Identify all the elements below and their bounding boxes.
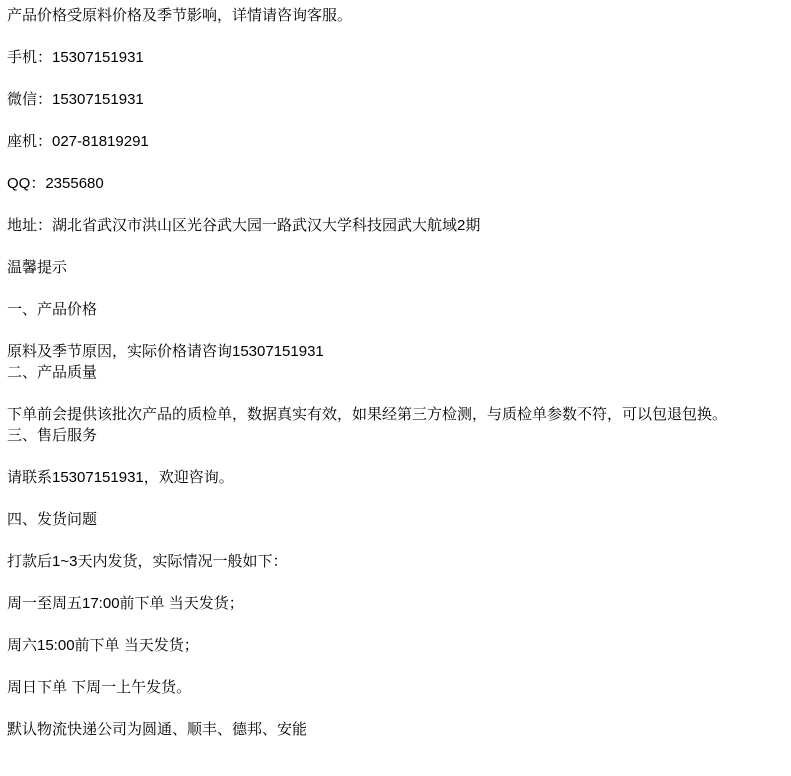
section4-title: 四、发货问题 xyxy=(7,509,781,530)
contact-qq: QQ：2355680 xyxy=(7,173,781,194)
section1-body: 原料及季节原因，实际价格请咨询15307151931 xyxy=(7,343,324,360)
tips-heading: 温馨提示 xyxy=(7,257,781,278)
section2-title: 二、产品质量 xyxy=(7,364,97,381)
intro-paragraph: 产品价格受原料价格及季节影响，详情请咨询客服。 xyxy=(7,5,781,26)
section1-title: 一、产品价格 xyxy=(7,299,781,320)
section2-body: 下单前会提供该批次产品的质检单，数据真实有效，如果经第三方检测，与质检单参数不符… xyxy=(7,406,727,423)
section4-intro: 打款后1~3天内发货，实际情况一般如下： xyxy=(7,551,781,572)
contact-wechat: 微信：15307151931 xyxy=(7,89,781,110)
section2-body-and-section3-title: 下单前会提供该批次产品的质检单，数据真实有效，如果经第三方检测，与质检单参数不符… xyxy=(7,404,781,446)
shipping-sunday: 周日下单 下周一上午发货。 xyxy=(7,677,781,698)
shipping-saturday: 周六15:00前下单 当天发货； xyxy=(7,635,781,656)
contact-landline: 座机：027-81819291 xyxy=(7,131,781,152)
section1-body-and-section2-title: 原料及季节原因，实际价格请咨询15307151931二、产品质量 xyxy=(7,341,781,383)
logistics-note: 默认物流快递公司为圆通、顺丰、德邦、安能 xyxy=(7,719,781,740)
section3-body: 请联系15307151931，欢迎咨询。 xyxy=(7,467,781,488)
shipping-weekday: 周一至周五17:00前下单 当天发货； xyxy=(7,593,781,614)
contact-mobile: 手机：15307151931 xyxy=(7,47,781,68)
section3-title: 三、售后服务 xyxy=(7,427,97,444)
document-body: 产品价格受原料价格及季节影响，详情请咨询客服。 手机：15307151931 微… xyxy=(0,0,791,776)
contact-address: 地址：湖北省武汉市洪山区光谷武大园一路武汉大学科技园武大航域2期 xyxy=(7,215,781,236)
